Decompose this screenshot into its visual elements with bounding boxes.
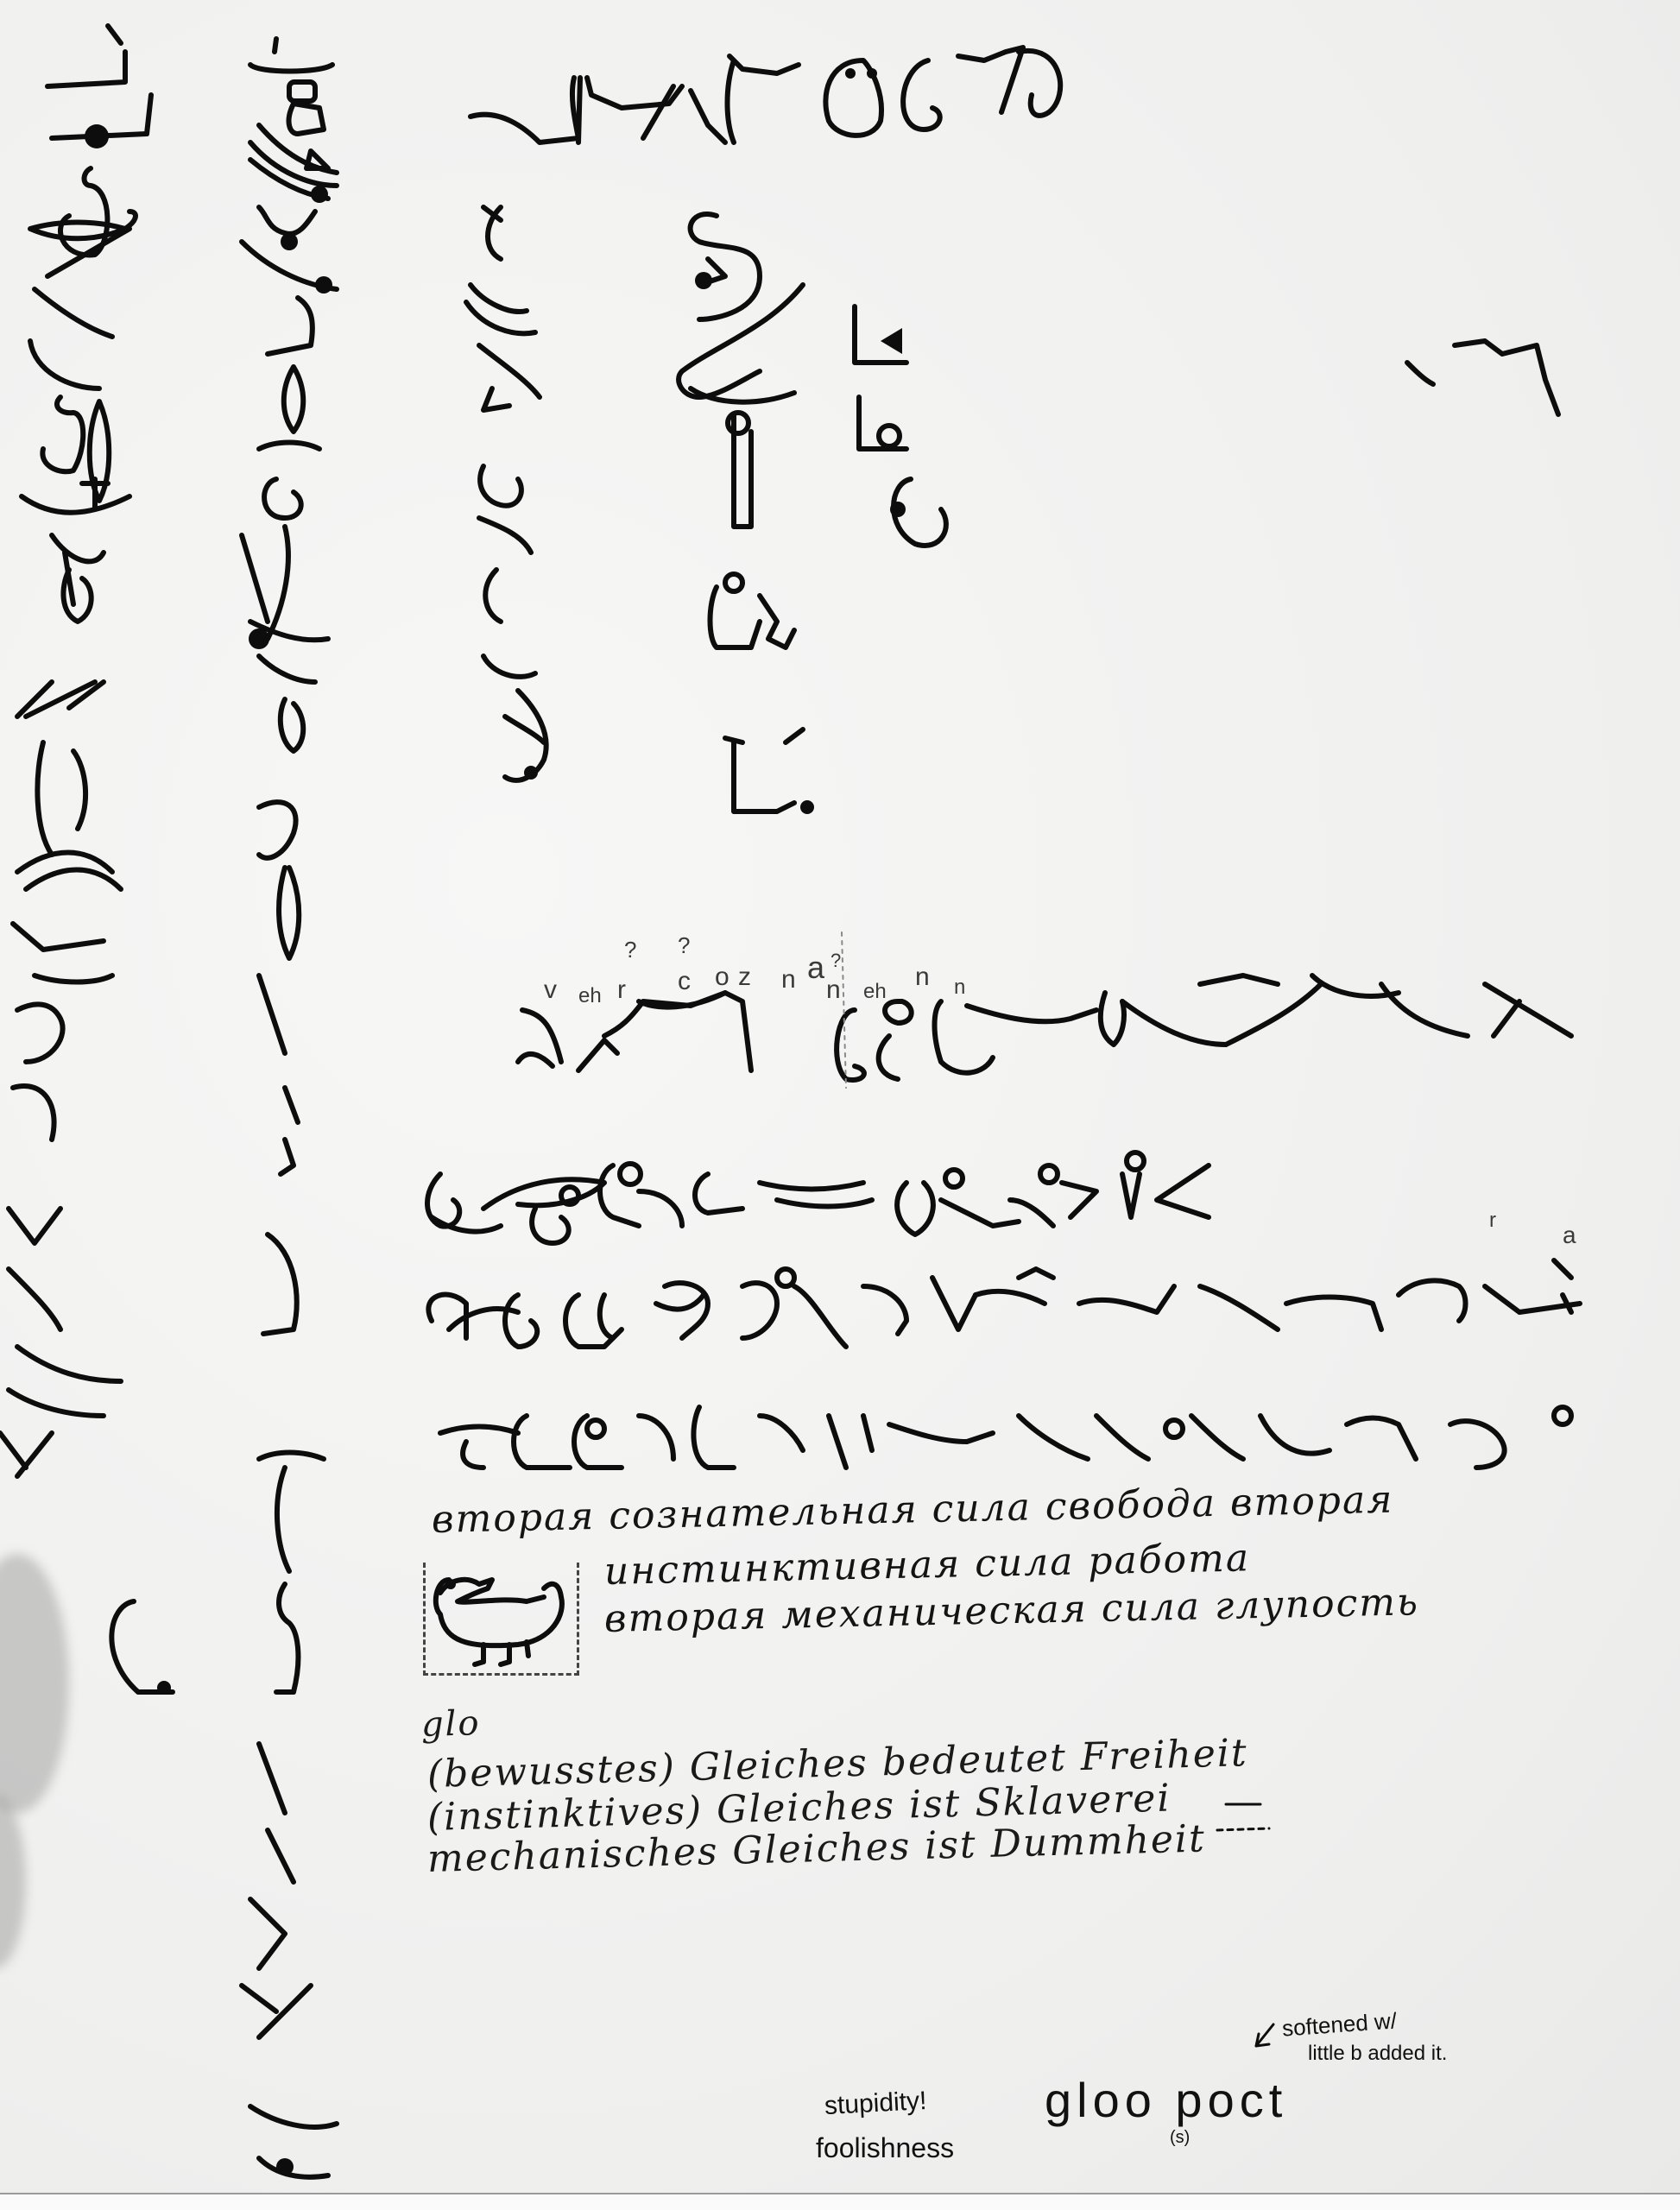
glyph-column-right-small [855, 306, 1558, 546]
phonetic-label: eh [578, 984, 602, 1008]
phonetic-label: eh [863, 980, 887, 1004]
transliteration: gloo poct [1045, 2072, 1287, 2128]
side-note-line-2: little b added it. [1308, 2042, 1447, 2066]
phonetic-label: n [954, 976, 965, 1000]
transliteration-note: (s) [1170, 2128, 1190, 2148]
gloss-foolishness: foolishness [816, 2132, 954, 2164]
phonetic-label: ? [624, 937, 636, 963]
glyph-column-center-left [466, 207, 546, 780]
phonetic-label: o [715, 963, 729, 992]
glyph-column-left [0, 26, 173, 1695]
text-underlines [1217, 1804, 1269, 1830]
phonetic-label: v [544, 976, 557, 1005]
german-heading: glo [420, 1703, 481, 1745]
glyph-row-annotated [518, 932, 1571, 1088]
phonetic-label: c [678, 967, 691, 996]
phonetic-label: n [915, 963, 930, 992]
phonetic-label: ? [678, 932, 690, 959]
phonetic-label: a [807, 950, 824, 986]
arrow-icon [1256, 2024, 1273, 2046]
phonetic-label: r [1489, 1209, 1496, 1233]
glyph-drawings [0, 0, 1680, 2210]
phonetic-label: a [1563, 1222, 1576, 1249]
glyph-column-center [679, 214, 814, 814]
glyph-column-second [242, 39, 337, 2177]
phonetic-label: n [826, 976, 841, 1005]
phonetic-label: z [738, 963, 751, 992]
phonetic-label: r [617, 976, 626, 1005]
gloss-stupidity: stupidity! [824, 2087, 927, 2121]
phonetic-label: n [781, 965, 796, 994]
glyph-paragraph [427, 1152, 1580, 1468]
glyph-row-top [471, 47, 1060, 142]
phonetic-label: ? [831, 950, 841, 972]
duck-frame [423, 1563, 579, 1676]
